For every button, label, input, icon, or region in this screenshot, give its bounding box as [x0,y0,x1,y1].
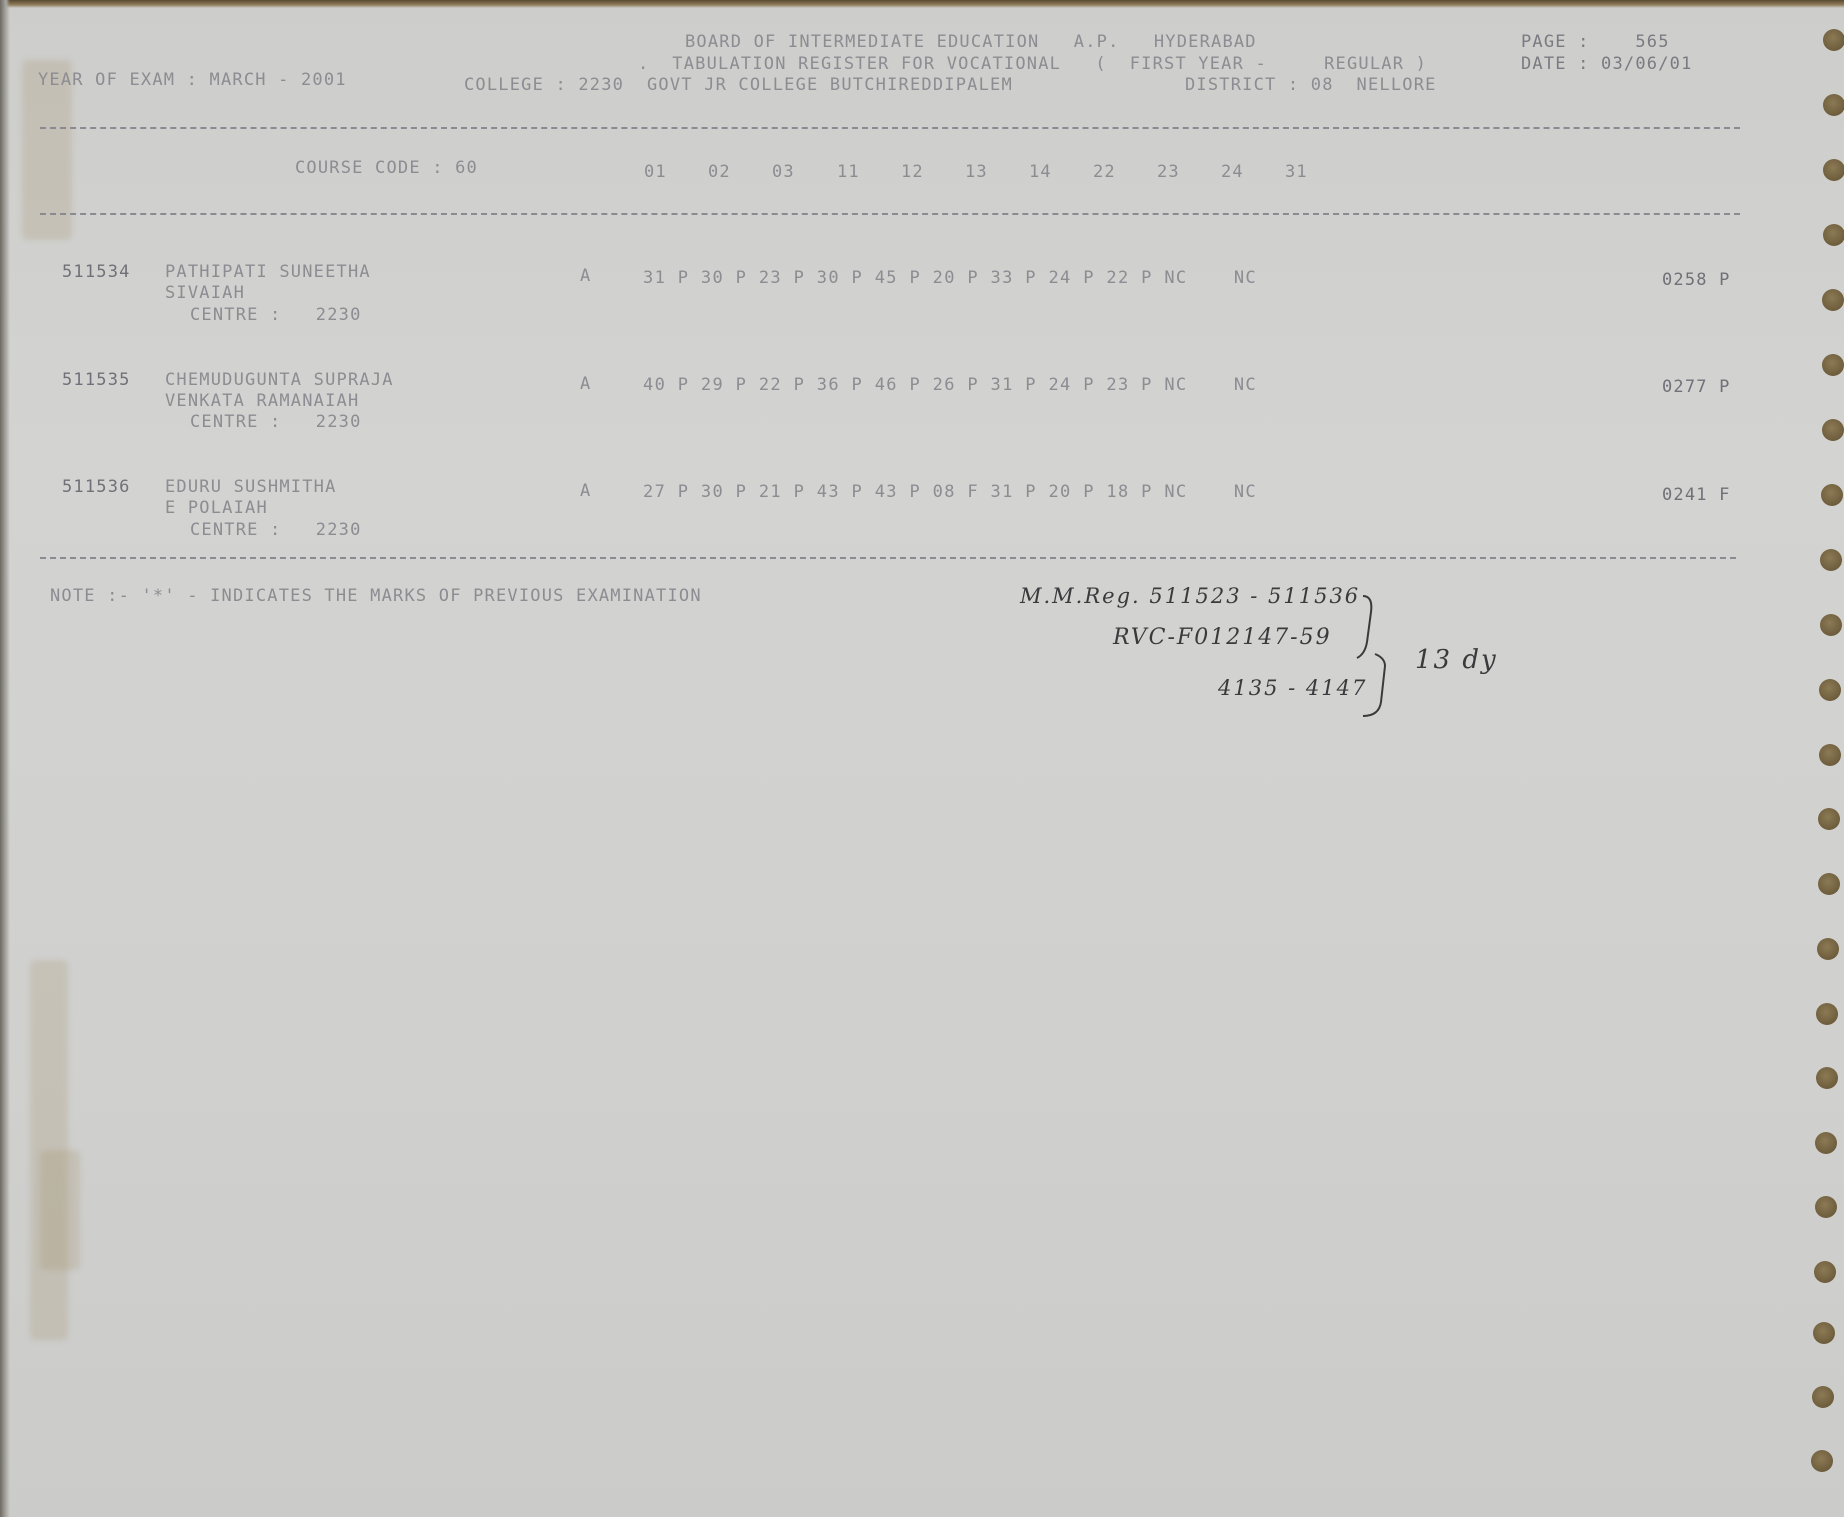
centre-code: CENTRE : 2230 [190,412,362,432]
subject-code: 01 [644,162,667,182]
separator-line [40,127,1740,129]
page-top-edge [0,0,1844,8]
handwritten-count: 13 dy [1415,645,1498,675]
feed-hole [1811,1450,1833,1472]
feed-hole [1820,614,1842,636]
feed-hole [1815,1132,1837,1154]
feed-hole [1816,1003,1838,1025]
total-result: 0277 P [1662,377,1731,397]
separator-line [40,557,1736,559]
stain [40,1150,80,1270]
feed-hole [1823,159,1844,181]
medium: A [580,266,591,286]
feed-hole [1816,1067,1838,1089]
subject-code: 13 [965,162,988,182]
board-title: BOARD OF INTERMEDIATE EDUCATION A.P. HYD… [685,32,1257,52]
feed-hole [1823,29,1844,51]
father-name: VENKATA RAMANAIAH [165,391,359,411]
subject-marks: 40 P 29 P 22 P 36 P 46 P 26 P 31 P 24 P … [643,375,1257,395]
handwritten-line: M.M.Reg. 511523 - 511536 [1020,584,1360,608]
feed-hole [1814,1261,1836,1283]
subject-code: 22 [1093,162,1116,182]
feed-hole [1823,94,1844,116]
total-result: 0241 F [1662,485,1731,505]
page-number: PAGE : 565 [1521,32,1670,52]
centre-code: CENTRE : 2230 [190,520,362,540]
subject-code: 11 [837,162,860,182]
feed-hole [1815,1196,1837,1218]
subject-code: 02 [708,162,731,182]
subject-code: 31 [1285,162,1308,182]
college-info: COLLEGE : 2230 GOVT JR COLLEGE BUTCHIRED… [464,75,1013,95]
feed-hole [1820,549,1842,571]
hall-ticket-number: 511536 [62,477,131,497]
tabulation-register-page [0,0,1844,1517]
brace-icon [1355,592,1415,722]
subject-code: 24 [1221,162,1244,182]
subject-code: 23 [1157,162,1180,182]
subject-marks: 27 P 30 P 21 P 43 P 43 P 08 F 31 P 20 P … [643,482,1257,502]
year-of-exam: YEAR OF EXAM : MARCH - 2001 [38,70,347,90]
feed-hole [1818,808,1840,830]
feed-hole [1819,679,1841,701]
footnote: NOTE :- '*' - INDICATES THE MARKS OF PRE… [50,586,702,606]
hall-ticket-number: 511534 [62,262,131,282]
register-title: . TABULATION REGISTER FOR VOCATIONAL ( F… [638,54,1427,74]
feed-hole [1819,744,1841,766]
feed-hole [1812,1386,1834,1408]
handwritten-line: 4135 - 4147 [1218,676,1367,700]
hall-ticket-number: 511535 [62,370,131,390]
page-left-edge [0,0,10,1517]
centre-code: CENTRE : 2230 [190,305,362,325]
father-name: SIVAIAH [165,283,245,303]
subject-code: 14 [1029,162,1052,182]
total-result: 0258 P [1662,270,1731,290]
report-date: DATE : 03/06/01 [1521,54,1693,74]
student-name: PATHIPATI SUNEETHA [165,262,371,282]
subject-code: 12 [901,162,924,182]
feed-hole [1818,873,1840,895]
feed-hole [1821,484,1843,506]
handwritten-line: RVC-F012147-59 [1113,625,1332,650]
subject-marks: 31 P 30 P 23 P 30 P 45 P 20 P 33 P 24 P … [643,268,1257,288]
medium: A [580,481,591,501]
separator-line [40,213,1740,215]
subject-code: 03 [772,162,795,182]
district-info: DISTRICT : 08 NELLORE [1185,75,1437,95]
feed-hole [1823,224,1844,246]
course-code: COURSE CODE : 60 [295,158,478,178]
student-name: CHEMUDUGUNTA SUPRAJA [165,370,394,390]
feed-hole [1822,289,1844,311]
feed-hole [1813,1322,1835,1344]
father-name: E POLAIAH [165,498,268,518]
feed-hole [1822,354,1844,376]
student-name: EDURU SUSHMITHA [165,477,337,497]
feed-hole [1817,938,1839,960]
feed-hole [1822,419,1844,441]
medium: A [580,374,591,394]
